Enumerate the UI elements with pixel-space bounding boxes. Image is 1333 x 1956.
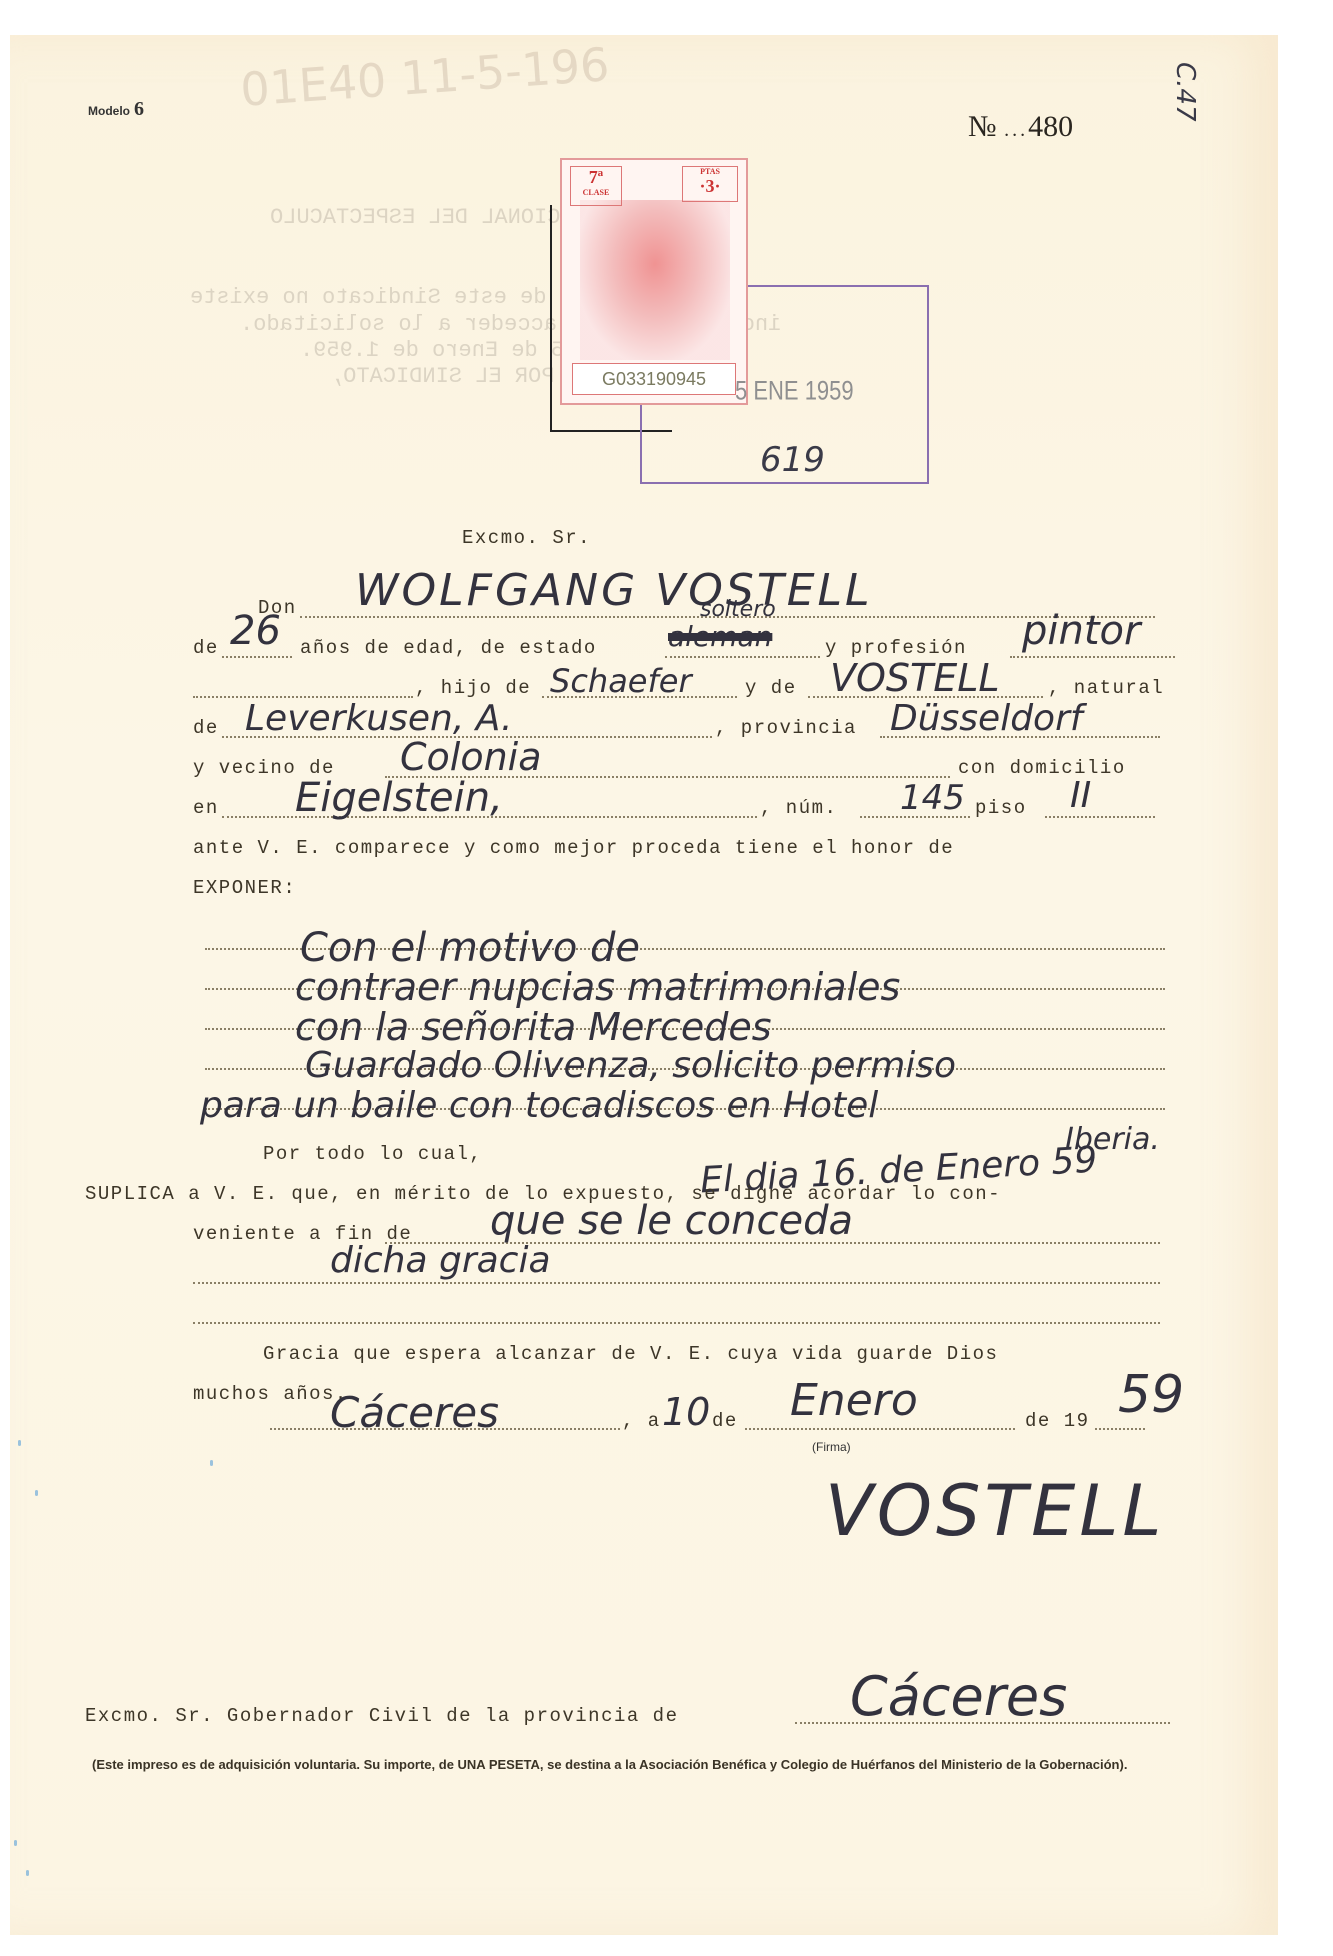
mother-label: y de: [745, 677, 797, 699]
anio-value: 59: [1118, 1365, 1184, 1425]
mes-value: Enero: [790, 1375, 918, 1426]
age-field-line: [222, 656, 292, 658]
dia-value: 10: [662, 1390, 710, 1434]
num-value: 145: [900, 778, 965, 818]
model-number: 6: [134, 98, 144, 120]
anio-field-line: [1095, 1428, 1145, 1430]
vecino-value: Colonia: [400, 735, 542, 779]
peticion-text-line: que se le conceda: [490, 1198, 853, 1244]
de-label: de: [193, 717, 219, 739]
natural-label: , natural: [1048, 677, 1164, 699]
ghost-bleed-line: POR EL SINDICATO,: [330, 364, 554, 389]
ink-speck: [18, 1440, 21, 1446]
piso-field-line: [1045, 816, 1155, 818]
piso-label: piso: [975, 797, 1027, 819]
a-label: , a: [622, 1410, 661, 1432]
mother-name: VOSTELL: [830, 656, 1000, 700]
stamp-serial: G033190945: [572, 363, 736, 395]
side-note: C.47: [1170, 62, 1200, 122]
ink-speck: [14, 1840, 17, 1846]
exponer-label: EXPONER:: [193, 877, 296, 899]
stamp-value: PTAS ·3·: [682, 166, 738, 202]
estado-value: soltero: [700, 597, 776, 622]
date-stamp: 5 ENE 1959: [735, 375, 854, 406]
ink-speck: [210, 1460, 213, 1466]
ink-speck: [26, 1870, 29, 1876]
en-label: en: [193, 797, 219, 819]
estado-field-line: [665, 656, 820, 658]
salutation: Excmo. Sr.: [462, 527, 591, 549]
comparece-text: ante V. E. comparece y como mejor proced…: [193, 837, 954, 859]
firma-label: (Firma): [812, 1440, 851, 1454]
fiscal-stamp: 7ª CLASE PTAS ·3· G033190945: [560, 158, 748, 405]
number-dots: ...: [1004, 119, 1028, 141]
profesion-field-line: [1010, 656, 1175, 658]
exposition-text-line: contraer nupcias matrimoniales: [295, 965, 900, 1009]
stamp-class: 7ª CLASE: [570, 166, 622, 206]
signature: VOSTELL: [825, 1470, 1165, 1552]
hijo-label: , hijo de: [415, 677, 531, 699]
calle-value: Eigelstein,: [295, 775, 503, 821]
de-label-date: de: [712, 1410, 738, 1432]
de19-label: de 19: [1025, 1410, 1090, 1432]
stamp-value-amount: ·3·: [683, 176, 737, 197]
ink-speck: [35, 1490, 38, 1496]
peticion-text-line: dicha gracia: [330, 1240, 551, 1281]
stamp-class-sub: CLASE: [571, 188, 621, 197]
gracia-text: Gracia que espera alcanzar de V. E. cuya…: [263, 1343, 998, 1365]
allegory-figure-icon: [580, 200, 730, 360]
document-number: № ...480: [968, 110, 1073, 144]
footnote: (Este impreso es de adquisición voluntar…: [92, 1755, 1172, 1775]
muchos-anos-text: muchos años.: [193, 1383, 348, 1405]
father-name: Schaefer: [550, 662, 692, 700]
peticion-line: [193, 1282, 1160, 1284]
estado-crossed-out: aleman: [668, 620, 772, 653]
provincia-value: Düsseldorf: [890, 698, 1083, 739]
applicant-name: WOLFGANG VOSTELL: [355, 565, 873, 616]
stamp-class-label: 7ª: [571, 167, 621, 188]
num-label: , núm.: [760, 797, 837, 819]
profesion-value: pintor: [1022, 608, 1140, 654]
piso-value: II: [1070, 775, 1091, 816]
exposition-text-line: Guardado Olivenza, solicito permiso: [305, 1045, 956, 1086]
natural-value: Leverkusen, A.: [245, 698, 512, 739]
por-todo-text: Por todo lo cual,: [263, 1143, 482, 1165]
exposition-text-line: con la señorita Mercedes: [295, 1005, 772, 1049]
age-prefix: de: [193, 637, 219, 659]
number-symbol: №: [968, 110, 997, 143]
age-value: 26: [230, 608, 281, 654]
model-label: Modelo6: [88, 98, 144, 121]
mes-field-line: [745, 1428, 1015, 1430]
age-suffix: años de edad, de estado: [300, 637, 597, 659]
exposition-text-line: para un baile con tocadiscos en Hotel: [200, 1085, 878, 1126]
provincia-label: , provincia: [715, 717, 857, 739]
domicilio-label: con domicilio: [958, 757, 1126, 779]
stamp-value-label: PTAS: [683, 167, 737, 176]
number-value: 480: [1028, 110, 1073, 143]
destinatario-text: Excmo. Sr. Gobernador Civil de la provin…: [85, 1705, 679, 1727]
provincia-destino-value: Cáceres: [850, 1665, 1067, 1728]
registry-number-handwritten: 619: [760, 440, 825, 480]
model-label-text: Modelo: [88, 104, 130, 118]
lugar-value: Cáceres: [330, 1388, 499, 1437]
peticion-line: [193, 1322, 1160, 1324]
